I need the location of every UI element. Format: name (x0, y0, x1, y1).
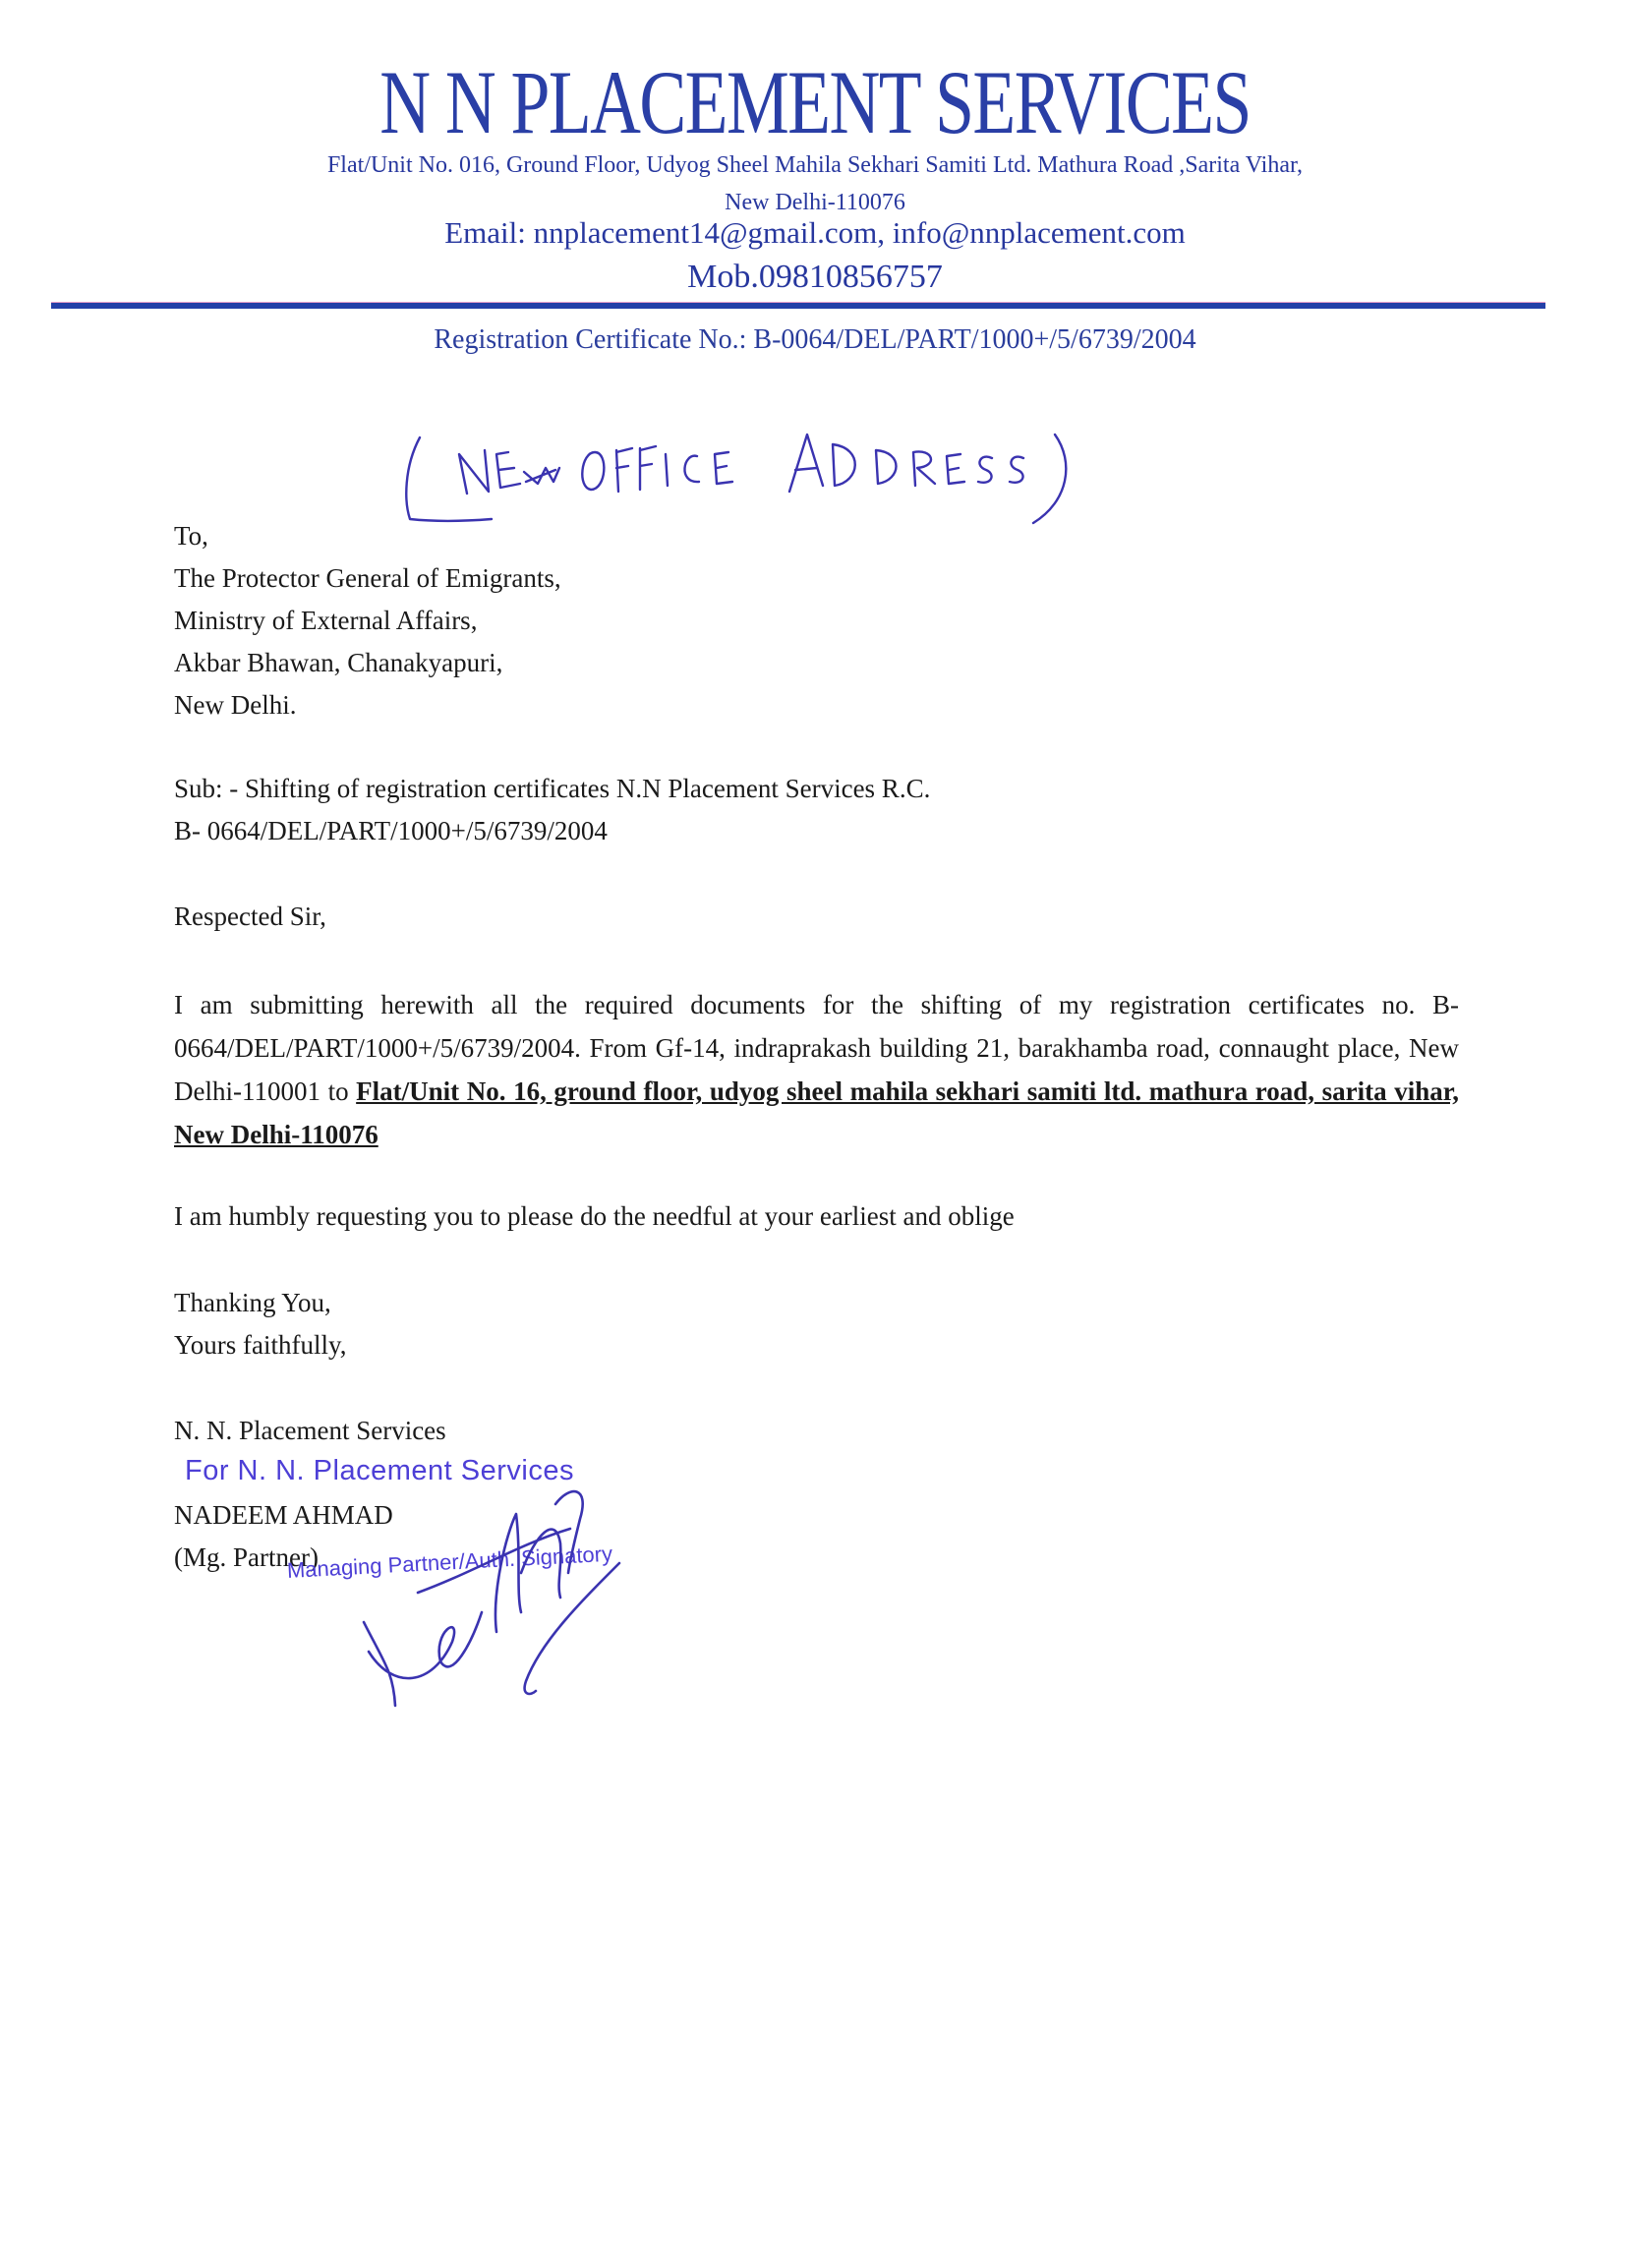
sign-off-line: Yours faithfully, (174, 1330, 347, 1361)
sender-company: N. N. Placement Services (174, 1416, 446, 1446)
handwritten-note-new-office-address (398, 423, 1145, 531)
registration-number: Registration Certificate No.: B-0064/DEL… (0, 324, 1630, 356)
company-address-line1: Flat/Unit No. 016, Ground Floor, Udyog S… (0, 152, 1630, 179)
handwritten-signature (324, 1475, 649, 1711)
to-label: To, (174, 521, 208, 552)
request-paragraph: I am humbly requesting you to please do … (174, 1201, 1015, 1232)
company-address-line2: New Delhi-110076 (0, 190, 1630, 216)
new-address-highlight: Flat/Unit No. 16, ground floor, udyog sh… (174, 1076, 1459, 1149)
letterhead-divider (51, 302, 1545, 309)
recipient-line: The Protector General of Emigrants, (174, 563, 561, 594)
recipient-line: Akbar Bhawan, Chanakyapuri, (174, 648, 502, 678)
company-email: Email: nnplacement14@gmail.com, info@nnp… (0, 215, 1630, 251)
body-paragraph: I am submitting herewith all the require… (174, 983, 1459, 1156)
subject-line: Sub: - Shifting of registration certific… (174, 774, 930, 804)
greeting: Respected Sir, (174, 901, 326, 932)
recipient-line: New Delhi. (174, 690, 296, 721)
recipient-line: Ministry of External Affairs, (174, 606, 477, 636)
subject-reference: B- 0664/DEL/PART/1000+/5/6739/2004 (174, 816, 608, 846)
letter-page: N N PLACEMENT SERVICES Flat/Unit No. 016… (0, 0, 1630, 2268)
company-name: N N PLACEMENT SERVICES (179, 57, 1450, 147)
thanks-line: Thanking You, (174, 1288, 331, 1318)
company-mobile: Mob.09810856757 (0, 259, 1630, 296)
